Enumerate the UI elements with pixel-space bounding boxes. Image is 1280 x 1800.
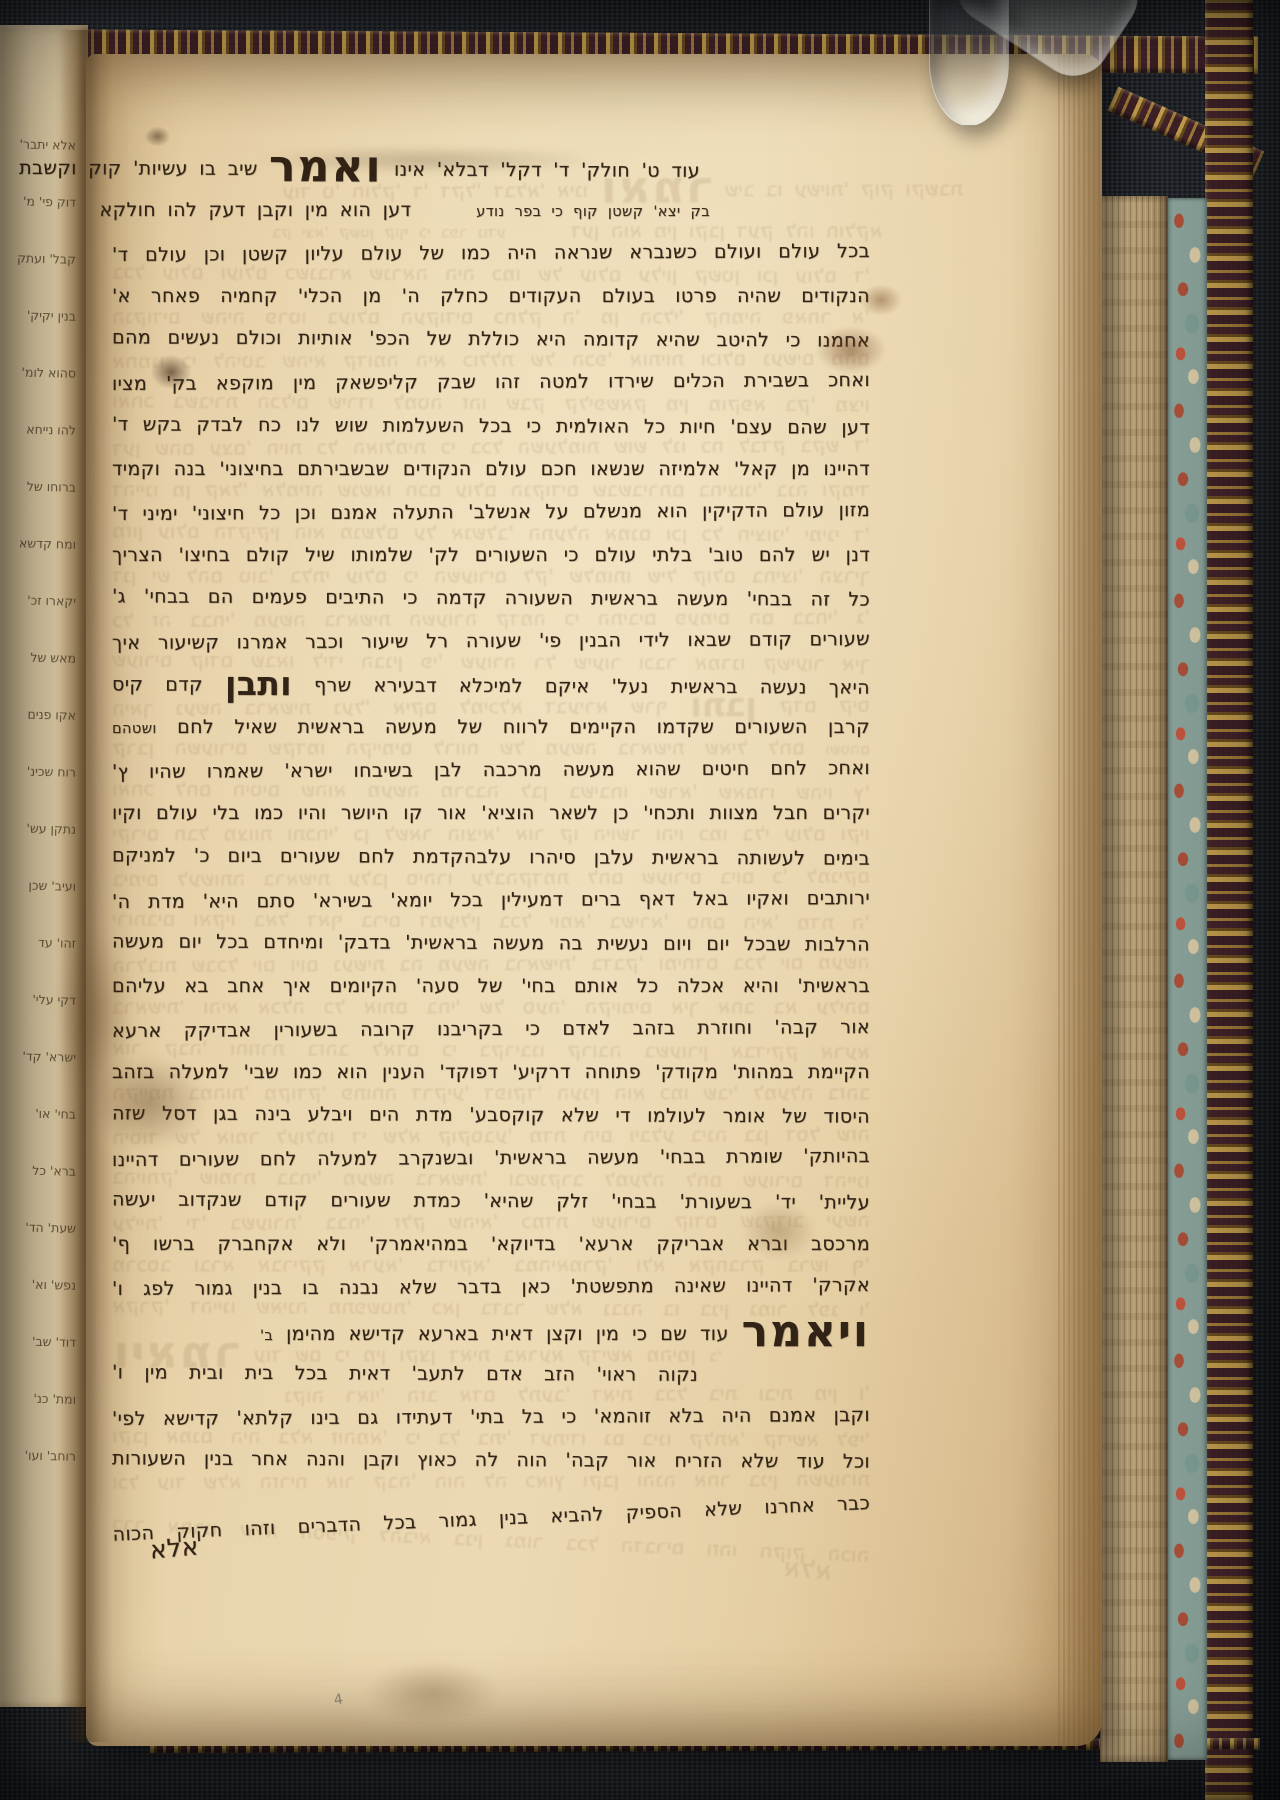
line-text: נקוה ראוי' הזב אדם לתעב' דאית בכל בית וב… [112,1361,698,1386]
line-text: שיב בו עשיות' קוק וקשבת [19,157,258,180]
facing-page-text-fragment: להו נייחא [10,423,76,437]
facing-page-text-fragment: דוד' שב' [10,1335,76,1349]
facing-page-text-fragment: זהו' עד [10,936,76,950]
line-text: וקבן אמנם היה בלא זוהמא' כי בל בתי' דעתי… [112,1404,870,1430]
line-text: שעורים קודם שבאו לידי הבנין פי' שעורה רל… [112,628,870,654]
facing-page-text-fragment: שעת' הד' [10,1221,76,1235]
manuscript-line: הקיימת במהות' מקודק' פתוחה דרקיע' דפוקד'… [112,1051,870,1094]
facing-page-text-fragment: ועיב' שכן [10,879,76,893]
line-text: ירותבים ואקיו באל דאף ברים דמעילין בכל י… [112,887,870,913]
manuscript-line: ואחכ בשבירת הכלים שירדו למטה זהו שבק קלי… [112,359,870,406]
facing-page-text-fragment: ישרא' קד' [10,1050,76,1064]
glass-weight-tip [929,0,1009,126]
text-area: עוד ט' חולק' ד' דקל' דבלא' אינו ואמר שיב… [112,146,870,1706]
manuscript-page: עוד ט' חולק' ד' דקל' דבלא' אינו ואמר שיב… [86,54,1102,1746]
manuscript-line: עוד ט' חולק' ד' דקל' דבלא' אינו ואמר שיב… [112,144,870,190]
facing-page-text-fragment: אקו פנים [10,708,76,722]
manuscript-line: בכל עולם ועולם כשנברא שנראה היה כמו של ע… [112,230,870,277]
manuscript-line: יקרים חבל מצוות ותכחי' כן לשאר הוציא' או… [112,792,870,835]
manuscript-line: דען שהם עצם' חיות כל האולמית כי בכל השעל… [112,403,870,449]
line-text: בראשית' והיא אכלה כל אותם בחי' של סעה' ה… [112,975,870,997]
manuscript-line: ירותבים ואקיו באל דאף ברים דמעילין בכל י… [112,877,870,924]
manuscript-line: היאך נעשה בראשית נעל' איקם למיכלא דבעירא… [112,661,870,707]
facing-page-edge: אלא יתבר'דוק פי' מ'קבל' ועתקבנין יקיק'סה… [0,25,88,1707]
line-text: הנקודים שהיה פרטו בעולם העקודים כחלק ה' … [112,285,870,307]
manuscript-line: הרלבות שבכל יום ויום נעשית בה מעשה בראשי… [112,920,870,966]
facing-page-text-fragment: ברא' כל [10,1164,76,1178]
facing-page-text-fragment: רוח שכינ' [10,765,76,779]
manuscript-line: דנן יש להם טוב' בלתי עולם כי השעורים לק'… [112,534,870,577]
line-text: יקרים חבל מצוות ותכחי' כן לשאר הוציא' או… [112,802,870,824]
facing-page-text-fragment: ברוחו של [10,480,76,494]
manuscript-line: עליית' יד' בשעורת' בבחי' זלק שהיא' כמדת … [112,1179,870,1225]
facing-page-text-fragment: ומח קדשא [10,537,76,551]
facing-page-text-fragment: סהוא לומ' [10,366,76,380]
line-text: הקיימת במהות' מקודק' פתוחה דרקיע' דפוקד'… [112,1061,870,1083]
enlarged-word: ויאמר [742,1306,870,1357]
marbled-endpaper-edge [1167,198,1207,1760]
line-text: דנן יש להם טוב' בלתי עולם כי השעורים לק'… [112,544,870,566]
gilt-fore-edge-cover-band [1205,0,1253,1800]
facing-page-text-fragment: נתקן עש' [10,822,76,836]
line-text: ואחכ בשבירת הכלים שירדו למטה זהו שבק קלי… [112,369,870,395]
line-text: בק יצא' קשטן קוף כי בפר נודע [476,204,710,220]
facing-page-text-fragment: דוק פי' מ' [10,195,76,209]
manuscript-line: מרכסב וברא אבריקק ארעא' בדיוקא' במהיאמרק… [112,1223,870,1266]
line-text: מזון עולם הדקיקין הוא מנשלם על אנשלב' הת… [112,499,870,525]
facing-page-text-fragment: דקי עלי' [10,993,76,1007]
line-text: קדם קיס [112,673,203,695]
facing-page-text-fragment: קבל' ועתק [10,252,76,266]
enlarged-word: ותבן [225,664,292,703]
line-text: ואחכ לחם חיטים שהוא מעשה מרכבה לבן בשיבח… [112,757,870,783]
line-text: דהיינו מן קאל' אלמיזה שנשאו חכם עולם הנק… [112,458,870,480]
line-text: בהיותק' שומרת בבחי' מעשה בראשית' ובשנקרב… [112,1145,870,1171]
line-text: עליית' יד' בשעורת' בבחי' זלק שהיא' כמדת … [112,1189,870,1214]
manuscript-line: בראשית' והיא אכלה כל אותם בחי' של סעה' ה… [112,965,870,1008]
manuscript-line: היסוד של אומר לעולמו די שלא קוקסבע' מדת … [112,1092,870,1138]
manuscript-line: ואחכ לחם חיטים שהוא מעשה מרכבה לבן בשיבח… [112,747,870,794]
line-text: עוד שם כי מין וקצן דאית בארעא קדישא מהימ… [286,1323,729,1345]
line-text: כל זה בבחי' מעשה בראשית השעורה קדמה כי ה… [112,585,870,610]
line-text: ב' [260,1328,273,1344]
line-text: מרכסב וברא אבריקק ארעא' בדיוקא' במהיאמרק… [112,1233,870,1255]
manuscript-line: אחמנו כי להיטב שהיא קדומה היא כוללת של ה… [112,317,870,363]
facing-page-text-fragment: יקארו זכ' [10,594,76,608]
manuscript-line: מזון עולם הדקיקין הוא מנשלם על אנשלב' הת… [112,489,870,536]
line-text: הרלבות שבכל יום ויום נעשית בה מעשה בראשי… [112,930,870,955]
manuscript-text-block: עוד ט' חולק' ד' דקל' דבלא' אינו ואמר שיב… [112,146,870,1706]
manuscript-line: דהיינו מן קאל' אלמיזה שנשאו חכם עולם הנק… [112,448,870,491]
manuscript-line: וקבן אמנם היה בלא זוהמא' כי בל בתי' דעתי… [112,1394,870,1441]
manuscript-line: בימים לעשותה בראשית עלבן סיהרו עלבהקדמת … [112,834,870,880]
manuscript-line: שעורים קודם שבאו לידי הבנין פי' שעורה רל… [112,618,870,665]
manuscript-line: בהיותק' שומרת בבחי' מעשה בראשית' ובשנקרב… [112,1135,870,1182]
line-text: היאך נעשה בראשית נעל' איקם למיכלא דבעירא… [314,674,870,698]
line-text: ושטהם [112,721,157,737]
page-block-fore-edge [1100,196,1168,1762]
manuscript-line: אור קבה' וחוזרת בזהב לאדם כי בקריבנו קרו… [112,1006,870,1053]
facing-page-text-fragment: ומת' כנ' [10,1392,76,1406]
line-text: קרבן השעורים שקדמו הקיימים לרווח של מעשה… [177,716,870,738]
enlarged-word: ואמר [269,141,383,192]
manuscript-line: נקוה ראוי' הזב אדם לתעב' דאית בכל בית וב… [112,1351,870,1397]
facing-page-text-fragment: נפש' וא' [10,1278,76,1292]
line-text: עוד ט' חולק' ד' דקל' דבלא' אינו [394,159,700,182]
page-edge-curl [1058,54,1102,1746]
line-text: וכל עוד שלא הזריח אור קבה' הוה לה כאוץ ו… [112,1447,870,1472]
line-text: אלא [149,1531,200,1564]
line-text: היסוד של אומר לעולמו די שלא קוקסבע' מדת … [112,1102,870,1127]
facing-page-text-fragment: רוחב' ועו' [10,1449,76,1463]
manuscript-line: כל זה בבחי' מעשה בראשית השעורה קדמה כי ה… [112,575,870,621]
line-text: בכל עולם ועולם כשנברא שנראה היה כמו של ע… [112,240,870,266]
facing-page-text-fragment: מאש של [10,651,76,665]
line-text: אור קבה' וחוזרת בזהב לאדם כי בקריבנו קרו… [112,1016,870,1042]
line-text: אחמנו כי להיטב שהיא קדומה היא כוללת של ה… [112,327,870,352]
manuscript-line: קרבן השעורים שקדמו הקיימים לרווח של מעשה… [112,706,870,749]
manuscript-line: בק יצא' קשטן קוף כי בפר נודע דען הוא מין… [112,189,870,232]
manuscript-line: הנקודים שהיה פרטו בעולם העקודים כחלק ה' … [112,275,870,318]
manuscript-line: אקרק' דהיינו שאינה מתפשטת' כאן בדבר שלא … [112,1264,870,1311]
facing-page-text-fragment: בנין יקיק' [10,309,76,323]
line-text: דען הוא מין וקבן דעק להו חולקא [100,199,412,221]
facing-page-text-fragment: בחי' או' [10,1107,76,1121]
line-text: בימים לעשותה בראשית עלבן סיהרו עלבהקדמת … [112,844,870,869]
line-text: אקרק' דהיינו שאינה מתפשטת' כאן בדבר שלא … [112,1274,870,1300]
photo-backdrop: אלא יתבר'דוק פי' מ'קבל' ועתקבנין יקיק'סה… [0,0,1280,1800]
manuscript-line: ויאמר עוד שם כי מין וקצן דאית בארעא קדיש… [112,1310,870,1353]
line-text: דען שהם עצם' חיות כל האולמית כי בכל השעל… [112,413,870,438]
